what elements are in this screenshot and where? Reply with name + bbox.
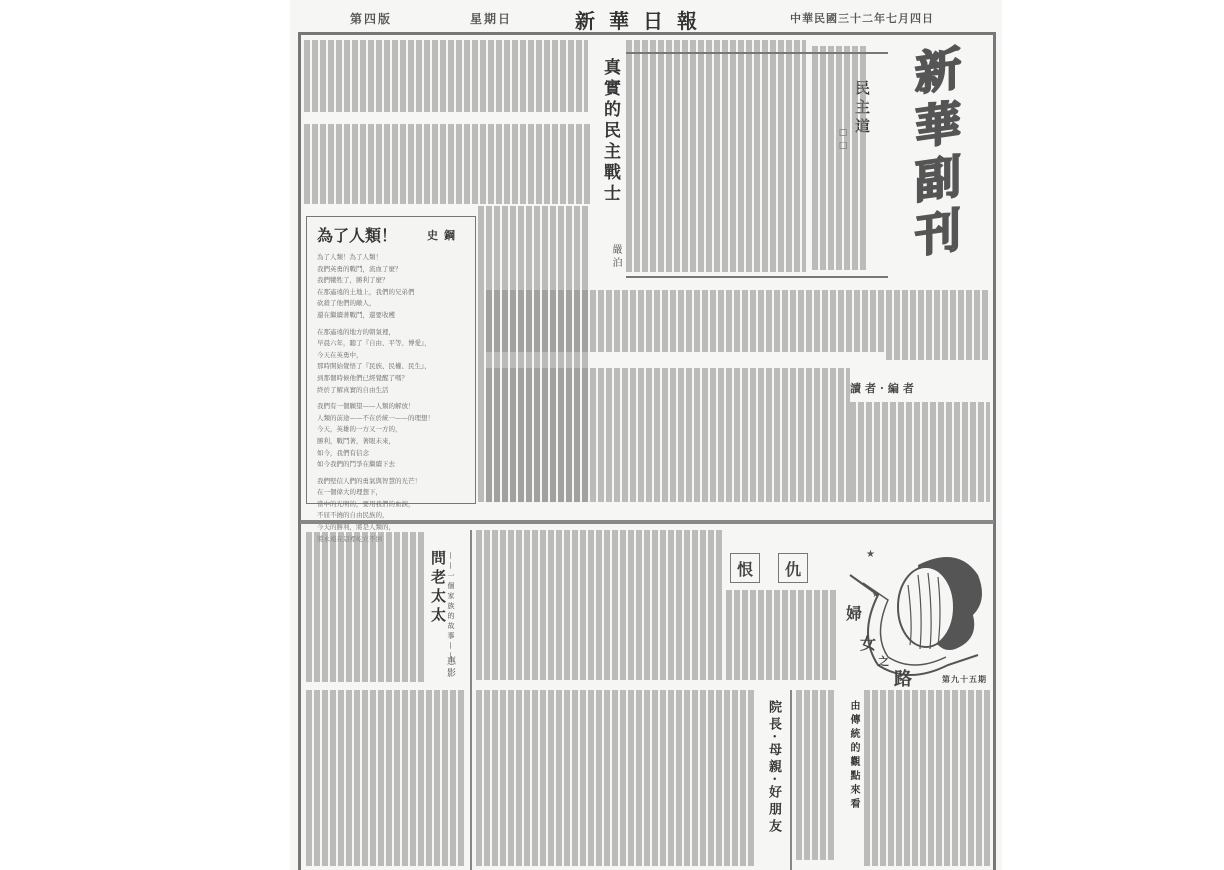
poem-line: 在一個偉大的理想下， — [317, 487, 465, 499]
article-title-women-serial: 院長·母親·好朋友 — [764, 700, 783, 836]
article-body-right-lower — [886, 290, 990, 360]
newspaper-page: 第四版 星期日 新華日報 中華民國三十二年七月四日 真實的民主戰士 嚴泊 民主道… — [290, 0, 1002, 870]
poem-line: 今天在英勇中， — [317, 350, 465, 362]
poem-line: 終於了解真實的自由生活 — [317, 385, 465, 397]
poem-line: 如今我們的鬥爭在繼續下去 — [317, 459, 465, 471]
poem-line: 我們英勇的戰鬥，流血了麼？ — [317, 264, 465, 276]
women-logo-char: 婦 — [846, 601, 862, 624]
poem-line: 到那個時候他們已經覺醒了嗎？ — [317, 373, 465, 385]
article-body-lower-left-1 — [306, 532, 426, 682]
section-divider — [300, 520, 994, 524]
poem-line: 那時開始覺悟了『民族、民權、民生』， — [317, 361, 465, 373]
poem-line: 還在繼續著戰鬥，還要收穫 — [317, 310, 465, 322]
article-body-centre — [486, 368, 850, 502]
article-body-mid-right — [486, 290, 886, 352]
hatred-title-char: 恨 — [730, 553, 760, 583]
poem-body: 為了人類！為了人類！ 我們英勇的戰鬥，流血了麼？ 我們犧牲了，勝利了麼？ 在那遙… — [317, 252, 465, 545]
article-body-women-right — [796, 690, 836, 860]
article-subtitle-ask-old-lady: ——一個家族的故事—— — [446, 552, 456, 662]
article-body-top-left-2 — [304, 124, 590, 204]
poem-author: 史鋼 — [427, 227, 461, 243]
article-author-ask-old-lady: 惠影 — [444, 656, 457, 680]
article-title-real-democracy-fighter: 真實的民主戰士 — [598, 58, 623, 205]
date-label: 中華民國三十二年七月四日 — [790, 10, 934, 26]
logo-char: 刊 — [892, 200, 984, 267]
article-author-yanbo: 嚴泊 — [608, 244, 623, 270]
article-body-democracy-fighter — [626, 40, 806, 272]
book-column-body — [850, 402, 990, 502]
column-divider — [470, 530, 472, 870]
women-logo-char: 之 — [878, 653, 889, 669]
column-divider — [790, 690, 792, 870]
poem-line: 我們有一個願望——人類的解放！ — [317, 401, 465, 413]
poem-line: 如今，我們有信念 — [317, 448, 465, 460]
poem-line: 當中的光明的，要用我們的血淚， — [317, 499, 465, 511]
poem-line: 我們犧牲了，勝利了麼？ — [317, 275, 465, 287]
article-body-lower-centre — [476, 690, 756, 866]
article-body-hatred — [476, 530, 722, 680]
newspaper-title: 新華日報 — [575, 5, 711, 34]
poem-line: 在那遙遠的土地上，我們的兄弟們 — [317, 287, 465, 299]
weekday-label: 星期日 — [470, 10, 512, 27]
svg-text:★: ★ — [866, 549, 875, 560]
logo-rule — [626, 52, 888, 54]
women-issue-number: 第九十五期 — [942, 674, 987, 685]
hatred-title-char: 仇 — [778, 553, 808, 583]
article-title-women-column: 由傳統的觀點來看 — [846, 700, 861, 812]
masthead: 第四版 星期日 新華日報 中華民國三十二年七月四日 — [290, 4, 1002, 30]
women-section-logo: ★ ★ 婦 女 之 路 — [838, 545, 988, 693]
supplement-logo: 新 華 副 刊 — [892, 44, 984, 274]
poem-line: 早晨六年，聽了『自由、平等、博愛』， — [317, 338, 465, 350]
poem-line: 今天，英雄的一方又一方的， — [317, 424, 465, 436]
svg-text:★: ★ — [872, 590, 879, 599]
section-rule — [626, 276, 888, 278]
poem-line: 我們堅信人們的勇氣與智慧的光芒！ — [317, 476, 465, 488]
article-body-hatred-right — [726, 590, 836, 680]
article-body-democracy-way — [812, 46, 868, 270]
women-logo-char: 女 — [860, 631, 876, 654]
poem-line: 人類的前途——不在於統一——的理想！ — [317, 413, 465, 425]
article-body-women-column — [864, 690, 990, 866]
poem-line: 砍殺了他們的敵人， — [317, 298, 465, 310]
issue-label: 第四版 — [350, 10, 392, 27]
women-logo-char: 路 — [894, 665, 912, 691]
poem-box: 為了人類！ 史鋼 為了人類！為了人類！ 我們英勇的戰鬥，流血了麼？ 我們犧牲了，… — [306, 216, 476, 504]
book-column-title: 讀者·編者 — [850, 380, 918, 396]
poem-line: 勝利，戰鬥著，著眼未來， — [317, 436, 465, 448]
article-body-top-left-1 — [304, 40, 588, 112]
poem-line: 在那遙遠的地方的朝氣裡， — [317, 327, 465, 339]
poem-line: 為了人類！為了人類！ — [317, 252, 465, 264]
article-body-lower-left-2 — [306, 690, 466, 866]
